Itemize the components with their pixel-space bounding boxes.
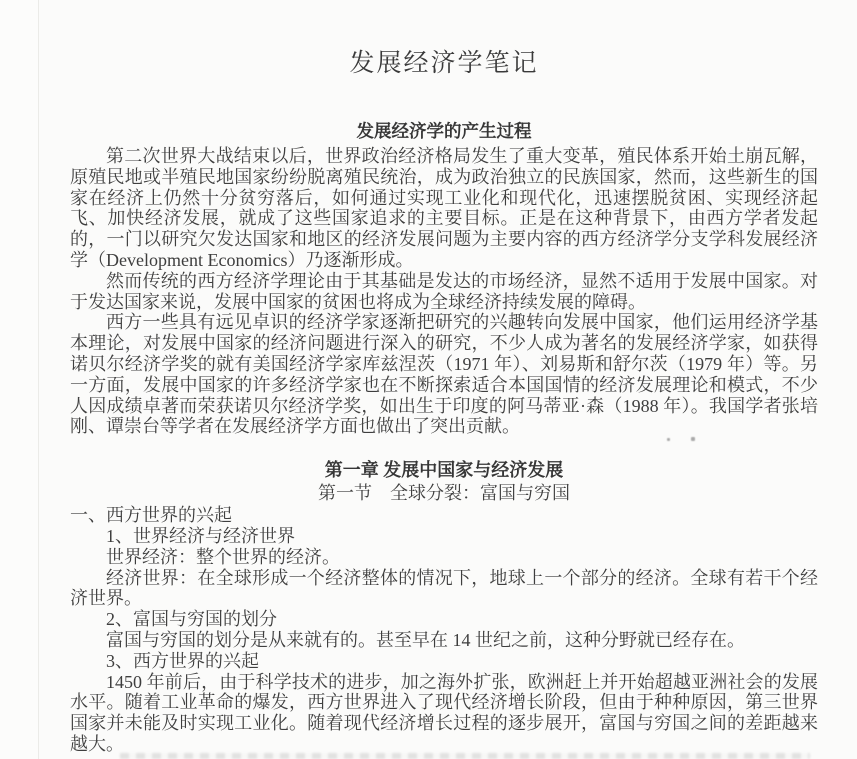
doc-title: 发展经济学笔记	[70, 46, 818, 82]
paragraph-1: 第二次世界大战结束以后，世界政治经济格局发生了重大变革，殖民体系开始土崩瓦解，原…	[70, 146, 818, 271]
chapter-heading: 第一章 发展中国家与经济发展	[70, 459, 818, 482]
outline-item-1: 一、西方世界的兴起	[70, 505, 818, 526]
cut-off-text-line	[120, 753, 810, 759]
note-rich-poor-division: 富国与穷国的划分是从来就有的。甚至早在 14 世纪之前，这种分野就已经存在。	[70, 630, 818, 651]
outline-item-1-2: 2、富国与穷国的划分	[70, 609, 818, 630]
outline-item-1-3: 3、西方世界的兴起	[70, 651, 818, 672]
page-edge-shadow	[0, 0, 39, 759]
definition-economic-world: 经济世界：在全球形成一个经济整体的情况下，地球上一个部分的经济。全球有若干个经济…	[70, 568, 818, 610]
section1-heading: 第一节 全球分裂：富国与穷国	[70, 482, 818, 505]
outline-item-1-1: 1、世界经济与经济世界	[70, 526, 818, 547]
section-heading-origin: 发展经济学的产生过程	[70, 120, 818, 142]
paragraph-rise-of-west: 1450 年前后，由于科学技术的进步，加之海外扩张，欧洲赶上并开始超越亚洲社会的…	[70, 672, 818, 755]
scan-artifact-dot	[691, 437, 695, 441]
paragraph-2: 然而传统的西方经济学理论由于其基础是发达的市场经济，显然不适用于发展中国家。对于…	[70, 271, 818, 313]
definition-world-economy: 世界经济：整个世界的经济。	[70, 547, 818, 568]
scan-artifact-dot	[667, 438, 670, 441]
paragraph-3: 西方一些具有远见卓识的经济学家逐渐把研究的兴趣转向发展中国家，他们运用经济学基本…	[70, 312, 818, 437]
scanned-document-page: 发展经济学笔记发展经济学的产生过程第二次世界大战结束以后，世界政治经济格局发生了…	[0, 0, 857, 759]
document-content: 发展经济学笔记发展经济学的产生过程第二次世界大战结束以后，世界政治经济格局发生了…	[70, 46, 818, 755]
